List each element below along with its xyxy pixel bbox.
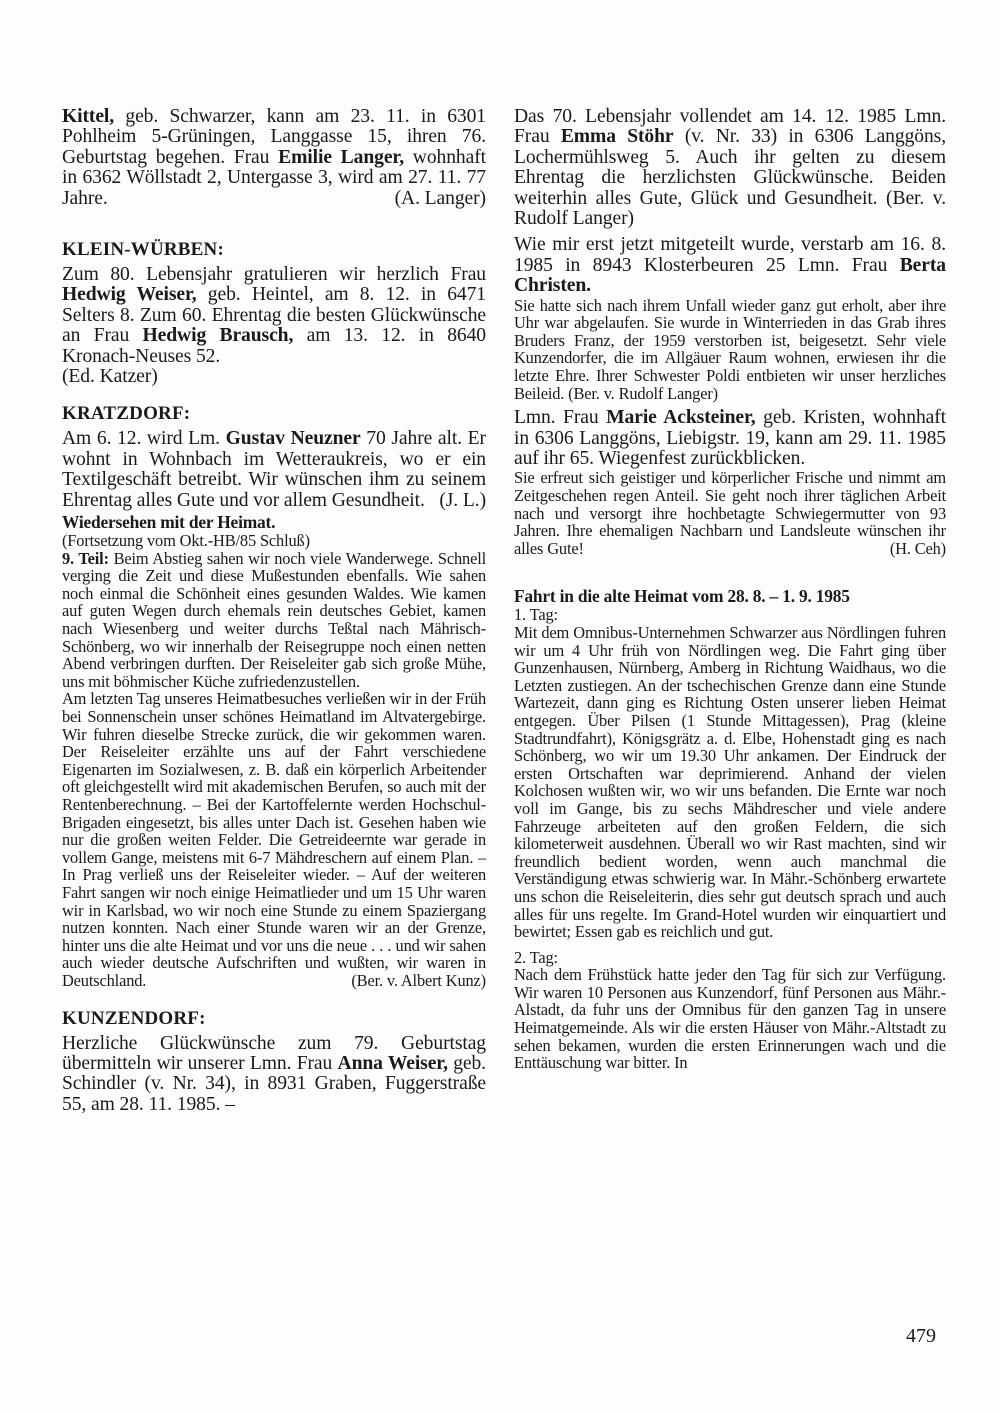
- paragraph: Wie mir erst jetzt mitgeteilt wurde, ver…: [514, 235, 946, 296]
- article-wiedersehen: Wiedersehen mit der Heimat. (Fortsetzung…: [62, 513, 486, 989]
- person-name: Gustav Neuzner: [226, 428, 361, 449]
- article-kittel-langer: Kittel, geb. Schwarzer, kann am 23. 11. …: [62, 107, 486, 209]
- person-name: Anna Weiser,: [338, 1053, 448, 1074]
- article-acksteiner: Lmn. Frau Marie Acksteiner, geb. Kristen…: [514, 408, 946, 557]
- paragraph: Herzliche Glückwünsche zum 79. Geburtsta…: [62, 1034, 486, 1116]
- article-fahrt: Fahrt in die alte Heimat vom 28. 8. – 1.…: [514, 587, 946, 1071]
- paragraph: Nach dem Frühstück hatte jeder den Tag f…: [514, 966, 946, 1072]
- person-name: Kittel,: [62, 106, 114, 127]
- part-label: 9. Teil:: [62, 549, 109, 568]
- right-column: Das 70. Lebensjahr vollendet am 14. 12. …: [514, 107, 946, 1072]
- section-heading: KUNZENDORF:: [62, 1008, 486, 1030]
- paragraph: Sie hatte sich nach ihrem Unfall wieder …: [514, 297, 946, 403]
- signature: (H. Ceh): [890, 540, 946, 558]
- paragraph: Am 6. 12. wird Lm. Gustav Neuzner 70 Jah…: [62, 429, 486, 511]
- paragraph: Am letzten Tag unseres Heimatbesuches ve…: [62, 690, 486, 989]
- person-name: Emilie Langer,: [278, 147, 404, 168]
- section-kratzdorf: KRATZDORF: Am 6. 12. wird Lm. Gustav Neu…: [62, 403, 486, 511]
- day-label: 2. Tag:: [514, 949, 946, 967]
- person-name: Hedwig Weiser,: [62, 284, 197, 305]
- signature: (A. Langer): [395, 189, 486, 209]
- article-stoehr: Das 70. Lebensjahr vollendet am 14. 12. …: [514, 107, 946, 229]
- section-kunzendorf: KUNZENDORF: Herzliche Glückwünsche zum 7…: [62, 1008, 486, 1116]
- day-label: 1. Tag:: [514, 606, 946, 624]
- paragraph: Zum 80. Lebensjahr gratulieren wir herzl…: [62, 265, 486, 367]
- signature: (J. L.): [439, 491, 486, 511]
- signature: (Ed. Katzer): [62, 367, 486, 387]
- paragraph: Kittel, geb. Schwarzer, kann am 23. 11. …: [62, 107, 486, 209]
- person-name: Emma Stöhr: [561, 126, 674, 147]
- signature: (Ber. v. Albert Kunz): [351, 972, 486, 990]
- paragraph: 9. Teil: Beim Abstieg sahen wir noch vie…: [62, 550, 486, 691]
- section-klein-wuerben: KLEIN-WÜRBEN: Zum 80. Lebensjahr gratuli…: [62, 239, 486, 387]
- paragraph: Sie erfreut sich geistiger und körperlic…: [514, 469, 946, 557]
- section-heading: KLEIN-WÜRBEN:: [62, 239, 486, 261]
- left-column: Kittel, geb. Schwarzer, kann am 23. 11. …: [62, 107, 486, 1115]
- paragraph: Lmn. Frau Marie Acksteiner, geb. Kristen…: [514, 408, 946, 469]
- section-heading: KRATZDORF:: [62, 403, 486, 425]
- paragraph: Mit dem Omnibus-Unternehmen Schwarzer au…: [514, 624, 946, 941]
- person-name: Marie Acksteiner,: [606, 407, 755, 428]
- article-heading: Fahrt in die alte Heimat vom 28. 8. – 1.…: [514, 587, 946, 606]
- article-subtitle: (Fortsetzung vom Okt.-HB/85 Schluß): [62, 532, 486, 550]
- article-christen: Wie mir erst jetzt mitgeteilt wurde, ver…: [514, 235, 946, 402]
- page-number: 479: [906, 1325, 936, 1348]
- article-heading: Wiedersehen mit der Heimat.: [62, 513, 486, 532]
- document-page: Kittel, geb. Schwarzer, kann am 23. 11. …: [0, 0, 1000, 1413]
- person-name: Hedwig Brausch,: [143, 325, 294, 346]
